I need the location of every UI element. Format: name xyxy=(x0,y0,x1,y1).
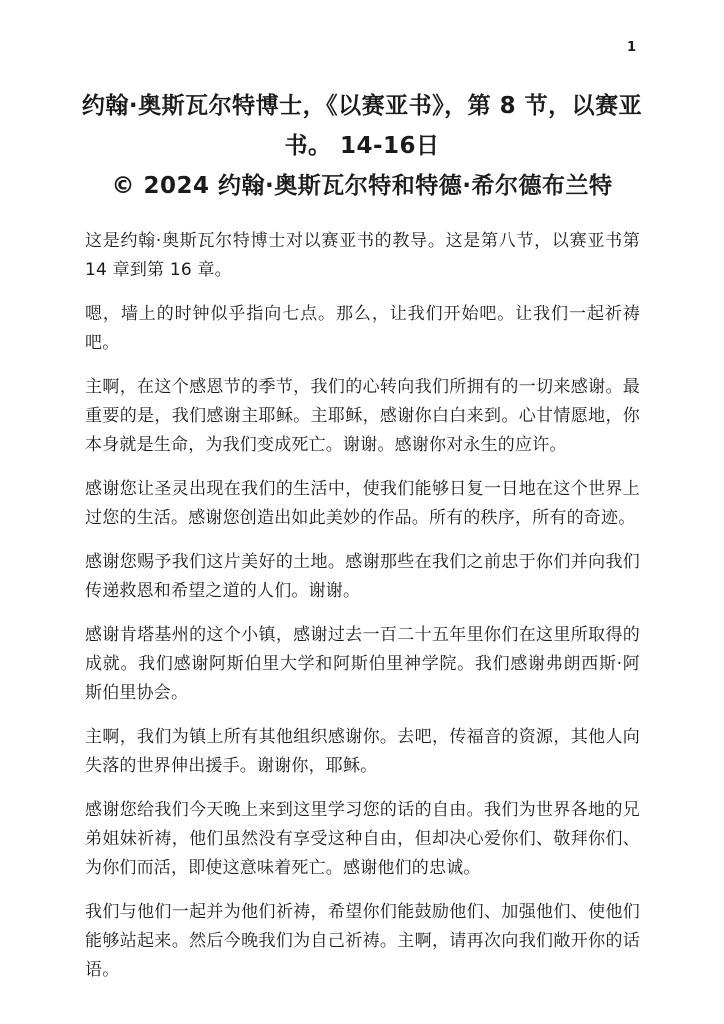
title-line-1: 约翰·奥斯瓦尔特博士，《以赛亚书》，第 8 节，以赛亚 xyxy=(60,86,664,126)
page-number: 1 xyxy=(627,40,636,55)
paragraph: 主啊，在这个感恩节的季节，我们的心转向我们所拥有的一切来感谢。最重要的是，我们感… xyxy=(85,373,640,460)
copyright-line: © 2024 约翰·奥斯瓦尔特和特德·希尔德布兰特 xyxy=(60,166,664,206)
document-title: 约翰·奥斯瓦尔特博士，《以赛亚书》，第 8 节，以赛亚 书。 14-16日 xyxy=(60,86,664,166)
document-body: 这是约翰·奥斯瓦尔特博士对以赛亚书的教导。这是第八节，以赛亚书第 14 章到第 … xyxy=(85,227,640,985)
title-line-2: 书。 14-16日 xyxy=(60,126,664,166)
document-header: 约翰·奥斯瓦尔特博士，《以赛亚书》，第 8 节，以赛亚 书。 14-16日 © … xyxy=(60,86,664,206)
paragraph: 我们与他们一起并为他们祈祷，希望你们能鼓励他们、加强他们、使他们能够站起来。然后… xyxy=(85,898,640,985)
paragraph: 主啊，我们为镇上所有其他组织感谢你。去吧，传福音的资源，其他人向失落的世界伸出援… xyxy=(85,723,640,781)
paragraph: 感谢您给我们今天晚上来到这里学习您的话的自由。我们为世界各地的兄弟姐妹祈祷，他们… xyxy=(85,796,640,883)
paragraph: 感谢肯塔基州的这个小镇，感谢过去一百二十五年里你们在这里所取得的成就。我们感谢阿… xyxy=(85,621,640,708)
paragraph: 这是约翰·奥斯瓦尔特博士对以赛亚书的教导。这是第八节，以赛亚书第 14 章到第 … xyxy=(85,227,640,285)
paragraph: 感谢您让圣灵出现在我们的生活中，使我们能够日复一日地在这个世界上过您的生活。感谢… xyxy=(85,475,640,533)
document-page: 1 约翰·奥斯瓦尔特博士，《以赛亚书》，第 8 节，以赛亚 书。 14-16日 … xyxy=(0,0,724,1024)
paragraph: 嗯，墙上的时钟似乎指向七点。那么，让我们开始吧。让我们一起祈祷吧。 xyxy=(85,300,640,358)
paragraph: 感谢您赐予我们这片美好的土地。感谢那些在我们之前忠于你们并向我们传递救恩和希望之… xyxy=(85,548,640,606)
